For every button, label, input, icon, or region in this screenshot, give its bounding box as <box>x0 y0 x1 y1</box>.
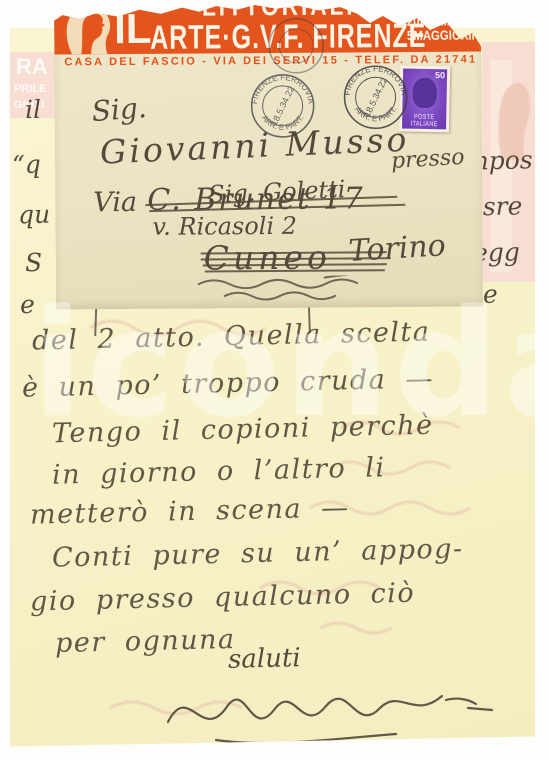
address-street-prefix: Via <box>93 187 137 218</box>
postmark-right: FIRENZE FERROVIA ARR. E PART. 18.5.34.22 <box>340 62 410 132</box>
signature-flourish <box>150 664 500 759</box>
address-street-new: v. Ricasoli 2 <box>152 212 297 241</box>
handwriting-fragment: “q <box>12 150 41 180</box>
address-care-of: presso <box>390 145 465 174</box>
handwriting-fragment: qu <box>18 200 51 230</box>
banner-monogram: IL <box>114 5 152 53</box>
stamp-denomination: 50 <box>435 70 445 80</box>
king-portrait <box>412 78 437 108</box>
postmark-left: FIRENZE FERROVIA ARR. E PART. 18.5.34.22 <box>247 71 317 141</box>
scribble-underlines <box>194 275 459 309</box>
handwriting-fragment: S <box>25 248 43 277</box>
address-salutation: Sig. <box>90 91 147 128</box>
envelope: LITTORIALI DI CULTURA E IL ARTE·G.V.F. F… <box>54 3 483 310</box>
postmark-partial-top <box>266 16 326 76</box>
stamp-country-text: POSTE ITALIANE <box>407 114 442 129</box>
scanned-document: RA PRILE GIOXI il “q qu S <box>0 0 549 760</box>
handwriting-fragment: il <box>25 95 42 124</box>
letter-line: per ognuna <box>55 624 236 659</box>
handwriting-fragment: e <box>20 290 35 319</box>
